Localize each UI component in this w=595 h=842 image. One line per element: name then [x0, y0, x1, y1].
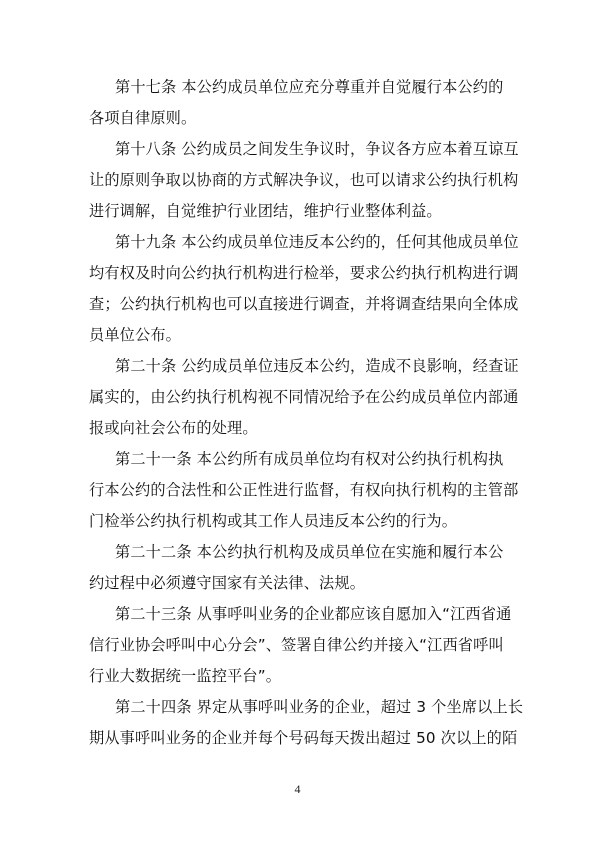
article-20-line-3: 报或向社会公布的处理。 — [89, 413, 507, 444]
article-24-line-2: 期从事呼叫业务的企业并每个号码每天拨出超过 50 次以上的陌 — [89, 723, 507, 754]
article-23-line-1: 第二十三条 从事呼叫业务的企业都应该自愿加入“江西省通 — [89, 599, 507, 630]
article-20-line-2: 属实的，由公约执行机构视不同情况给予在公约成员单位内部通 — [89, 382, 507, 413]
article-22-line-1: 第二十二条 本公约执行机构及成员单位在实施和履行本公 — [89, 537, 507, 568]
document-page: 第十七条 本公约成员单位应充分尊重并自觉履行本公约的 各项自律原则。 第十八条 … — [0, 0, 595, 842]
article-19-line-4: 员单位公布。 — [89, 320, 507, 351]
article-18-line-3: 进行调解，自觉维护行业团结，维护行业整体利益。 — [89, 196, 507, 227]
article-19-line-2: 均有权及时向公约执行机构进行检举，要求公约执行机构进行调 — [89, 258, 507, 289]
article-23-line-3: 行业大数据统一监控平台”。 — [89, 661, 507, 692]
article-19-line-1: 第十九条 本公约成员单位违反本公约的，任何其他成员单位 — [89, 227, 507, 258]
article-20-line-1: 第二十条 公约成员单位违反本公约，造成不良影响，经查证 — [89, 351, 507, 382]
article-23-line-2: 信行业协会呼叫中心分会”、签署自律公约并接入“江西省呼叫 — [89, 630, 507, 661]
article-18-line-1: 第十八条 公约成员之间发生争议时，争议各方应本着互谅互 — [89, 134, 507, 165]
article-17-line-2: 各项自律原则。 — [89, 103, 507, 134]
article-24-line-1: 第二十四条 界定从事呼叫业务的企业，超过 3 个坐席以上长 — [89, 692, 507, 723]
article-17-line-1: 第十七条 本公约成员单位应充分尊重并自觉履行本公约的 — [89, 72, 507, 103]
article-21-line-2: 行本公约的合法性和公正性进行监督，有权向执行机构的主管部 — [89, 475, 507, 506]
article-19-line-3: 查；公约执行机构也可以直接进行调查，并将调查结果向全体成 — [89, 289, 507, 320]
article-21-line-3: 门检举公约执行机构或其工作人员违反本公约的行为。 — [89, 506, 507, 537]
article-18-line-2: 让的原则争取以协商的方式解决争议，也可以请求公约执行机构 — [89, 165, 507, 196]
page-number: 4 — [0, 782, 595, 797]
body-text: 第十七条 本公约成员单位应充分尊重并自觉履行本公约的 各项自律原则。 第十八条 … — [89, 72, 507, 754]
article-21-line-1: 第二十一条 本公约所有成员单位均有权对公约执行机构执 — [89, 444, 507, 475]
article-22-line-2: 约过程中必须遵守国家有关法律、法规。 — [89, 568, 507, 599]
